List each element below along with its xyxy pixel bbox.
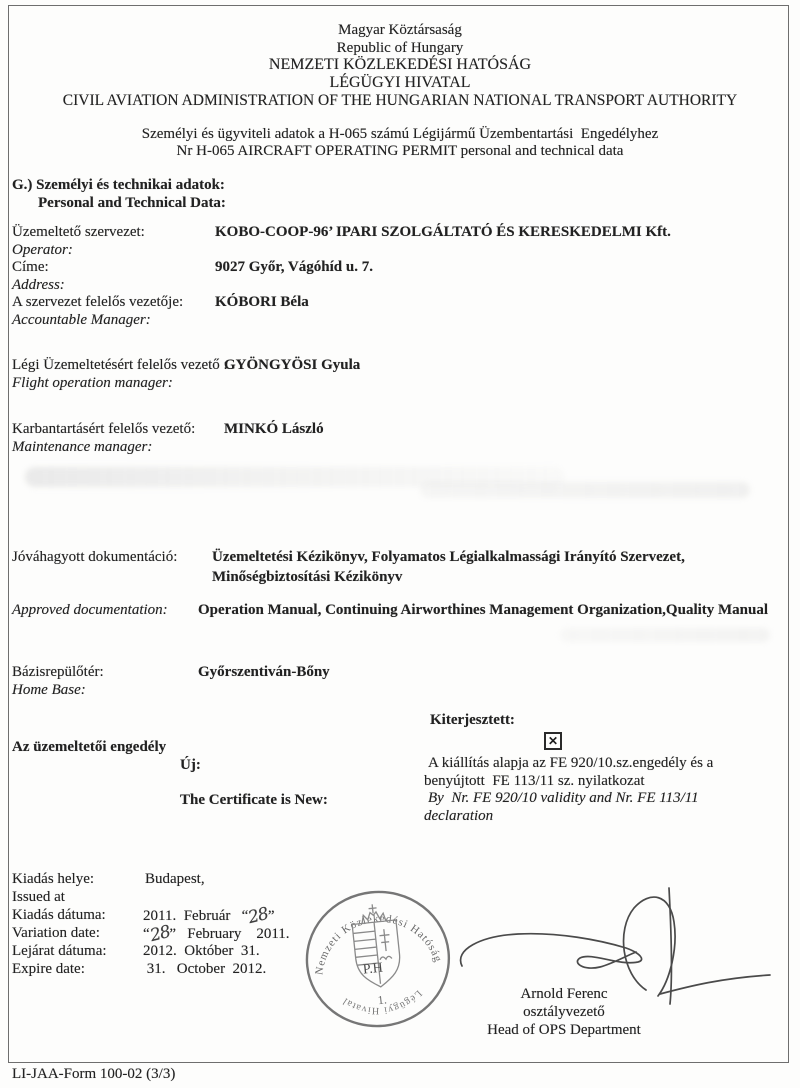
variation-date-value-en: “28” February 2011. <box>143 925 290 942</box>
form-number-footer: LI-JAA-Form 100-02 (3/3) <box>12 1066 175 1082</box>
issue-place-value: Budapest, <box>145 871 205 887</box>
address-value: 9027 Győr, Vágóhíd u. 7. <box>215 259 373 275</box>
permit-basis-en-line1: By Nr. FE 920/10 validity and Nr. FE 113… <box>428 790 699 806</box>
permit-label-hu: Az üzemeltetői engedély <box>12 739 166 755</box>
handwritten-day: 28 <box>247 906 270 926</box>
permit-basis-hu-line1: A kiállítás alapja az FE 920/10.sz.enged… <box>428 755 713 771</box>
handwritten-day: 28 <box>148 924 171 944</box>
maintenance-manager-value: MINKÓ László <box>224 421 324 437</box>
home-base-label-en: Home Base: <box>12 682 86 698</box>
header-authority-en: CIVIL AVIATION ADMINISTRATION OF THE HUN… <box>0 93 800 109</box>
flight-ops-manager-value: GYÖNGYÖSI Gyula <box>224 357 360 373</box>
approved-doc-value-hu-line2: Minőségbiztosítási Kézikönyv <box>212 569 402 585</box>
permit-extended-checkbox: ✕ <box>544 732 562 750</box>
erased-text-smudge <box>420 482 750 498</box>
home-base-label-hu: Bázisrepülőtér: <box>12 664 104 680</box>
operator-value: KOBO-COOP-96’ IPARI SZOLGÁLTATÓ ÉS KERES… <box>215 224 671 240</box>
signatory-name: Arnold Ferenc <box>450 985 678 1003</box>
header-authority-hu: NEMZETI KÖZLEKEDÉSI HATÓSÁG <box>0 57 800 73</box>
official-round-stamp: Nemzeti Közlekedési Hatóság Légügyi Hiva… <box>295 880 461 1039</box>
approved-doc-label-hu: Jóváhagyott dokumentáció: <box>12 549 177 565</box>
section-g-title-en: Personal and Technical Data: <box>38 195 226 211</box>
variation-date-label-en: Variation date: <box>12 925 100 941</box>
expire-date-value-en: 31. October 2012. <box>143 961 266 977</box>
flight-ops-manager-label-en: Flight operation manager: <box>12 375 173 391</box>
maintenance-manager-label-en: Maintenance manager: <box>12 439 152 455</box>
signatory-block: Arnold Ferenc osztályvezető Head of OPS … <box>450 985 678 1039</box>
issue-place-label-hu: Kiadás helye: <box>12 871 94 887</box>
flight-ops-manager-label-hu: Légi Üzemeltetésért felelős vezető : <box>12 357 228 373</box>
permit-new-label-en: The Certificate is New: <box>180 792 328 808</box>
header-office-hu: LÉGÜGYI HIVATAL <box>0 75 800 91</box>
erased-text-smudge <box>25 467 565 487</box>
signatory-title-hu: osztályvezető <box>450 1003 678 1021</box>
accountable-manager-label-hu: A szervezet felelős vezetője: <box>12 294 183 310</box>
section-g-title-hu: G.) Személyi és technikai adatok: <box>12 177 225 193</box>
signatory-title-en: Head of OPS Department <box>450 1021 678 1039</box>
address-label-en: Address: <box>12 277 65 293</box>
stamp-number: 1. <box>377 992 387 1007</box>
permit-extended-label: Kiterjesztett: <box>430 712 515 728</box>
permit-basis-hu-line2: benyújtott FE 113/11 sz. nyilatkozat <box>424 773 645 789</box>
variation-date-en-suffix: ” February 2011. <box>169 926 289 942</box>
scanned-document-page: Magyar Köztársaság Republic of Hungary N… <box>0 0 800 1088</box>
header-country-en: Republic of Hungary <box>0 40 800 56</box>
home-base-value: Győrszentiván-Bőny <box>198 664 330 680</box>
issue-date-value-hu: 2011. Február “28” <box>143 907 275 924</box>
operator-label-hu: Üzemeltető szervezet: <box>12 224 145 240</box>
approved-doc-label-en: Approved documentation: <box>12 602 168 618</box>
checkbox-x-mark-icon: ✕ <box>548 735 558 747</box>
permit-basis-en-line2: declaration <box>424 808 493 824</box>
header-subtitle-hu: Személyi és ügyviteli adatok a H-065 szá… <box>0 126 800 142</box>
issue-place-label-en: Issued at <box>12 889 65 905</box>
expire-date-label-hu: Lejárat dátuma: <box>12 943 107 959</box>
approved-doc-value-hu-line1: Üzemeltetési Kézikönyv, Folyamatos Légia… <box>212 549 685 565</box>
issue-date-label-hu: Kiadás dátuma: <box>12 907 106 923</box>
address-label-hu: Címe: <box>12 259 49 275</box>
erased-text-smudge <box>560 628 770 642</box>
header-country-hu: Magyar Köztársaság <box>0 22 800 38</box>
stamp-ph-mark: P.H <box>362 961 383 978</box>
maintenance-manager-label-hu: Karbantartásért felelős vezető: <box>12 421 195 437</box>
accountable-manager-value: KÓBORI Béla <box>215 294 309 310</box>
operator-label-en: Operator: <box>12 242 73 258</box>
approved-doc-value-en: Operation Manual, Continuing Airworthine… <box>198 602 768 618</box>
issue-date-hu-prefix: 2011. Február “ <box>143 908 248 924</box>
header-subtitle-en: Nr H-065 AIRCRAFT OPERATING PERMIT perso… <box>0 143 800 159</box>
permit-new-label-hu: Új: <box>180 757 201 773</box>
expire-date-label-en: Expire date: <box>12 961 85 977</box>
expire-date-value-hu: 2012. Október 31. <box>143 943 260 959</box>
accountable-manager-label-en: Accountable Manager: <box>12 312 151 328</box>
